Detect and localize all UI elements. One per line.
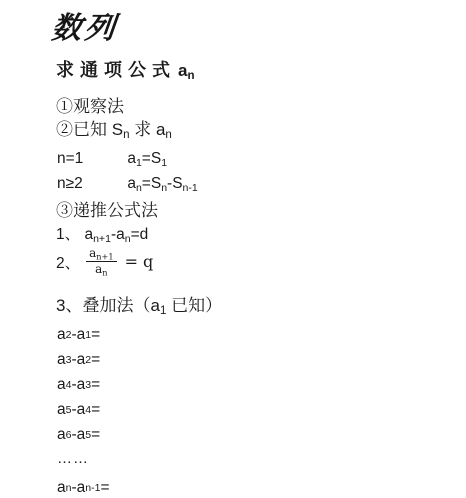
recurrence-item-3-superposition: 3、叠加法（a1 已知） <box>56 291 222 316</box>
section-header-term: an <box>178 61 195 80</box>
notes-page: 数列 求通项公式an ①观察法 ②已知 Sn 求 an n=1 a1=S1 n≥… <box>0 0 466 498</box>
method-2-known-sn: ②已知 Sn 求 an <box>56 115 172 140</box>
fraction-numerator: an+1 <box>86 247 116 262</box>
section-header-text: 求通项公式 <box>56 60 176 80</box>
method-3-recursive: ③递推公式法 <box>56 196 158 221</box>
case-2-formula: an=Sn-Sn-1 <box>127 175 197 192</box>
case-n-ge-2: n≥2 an=Sn-Sn-1 <box>57 175 198 193</box>
fraction-rhs: = q <box>125 252 154 271</box>
diff-a5-a4: a5-a4= <box>57 397 110 422</box>
case-2-condition: n≥2 <box>57 175 123 193</box>
recurrence-item-1: 1、 an+1-an=d <box>56 222 148 244</box>
method-1-observation: ①观察法 <box>56 92 124 117</box>
recurrence-item-2: 2、 an+1 an = q <box>56 247 153 276</box>
diff-a2-a1: a2-a1= <box>57 322 110 347</box>
case-1-condition: n=1 <box>57 150 123 168</box>
ellipsis: …… <box>57 447 110 469</box>
recurrence-item-2-label: 2、 <box>56 251 80 273</box>
fraction-denominator: an <box>86 262 116 276</box>
case-n-equals-1: n=1 a1=S1 <box>57 150 167 168</box>
diff-an: an-an-1= <box>57 475 110 498</box>
section-header: 求通项公式an <box>56 56 195 82</box>
diff-a4-a3: a4-a3= <box>57 372 110 397</box>
stacked-differences: a2-a1=a3-a2=a4-a3=a5-a4=a6-a5=……an-an-1= <box>57 322 110 498</box>
diff-a6-a5: a6-a5= <box>57 422 110 447</box>
fraction: an+1 an <box>86 247 116 276</box>
page-title: 数列 <box>50 3 121 47</box>
case-1-formula: a1=S1 <box>127 150 167 167</box>
diff-a3-a2: a3-a2= <box>57 347 110 372</box>
